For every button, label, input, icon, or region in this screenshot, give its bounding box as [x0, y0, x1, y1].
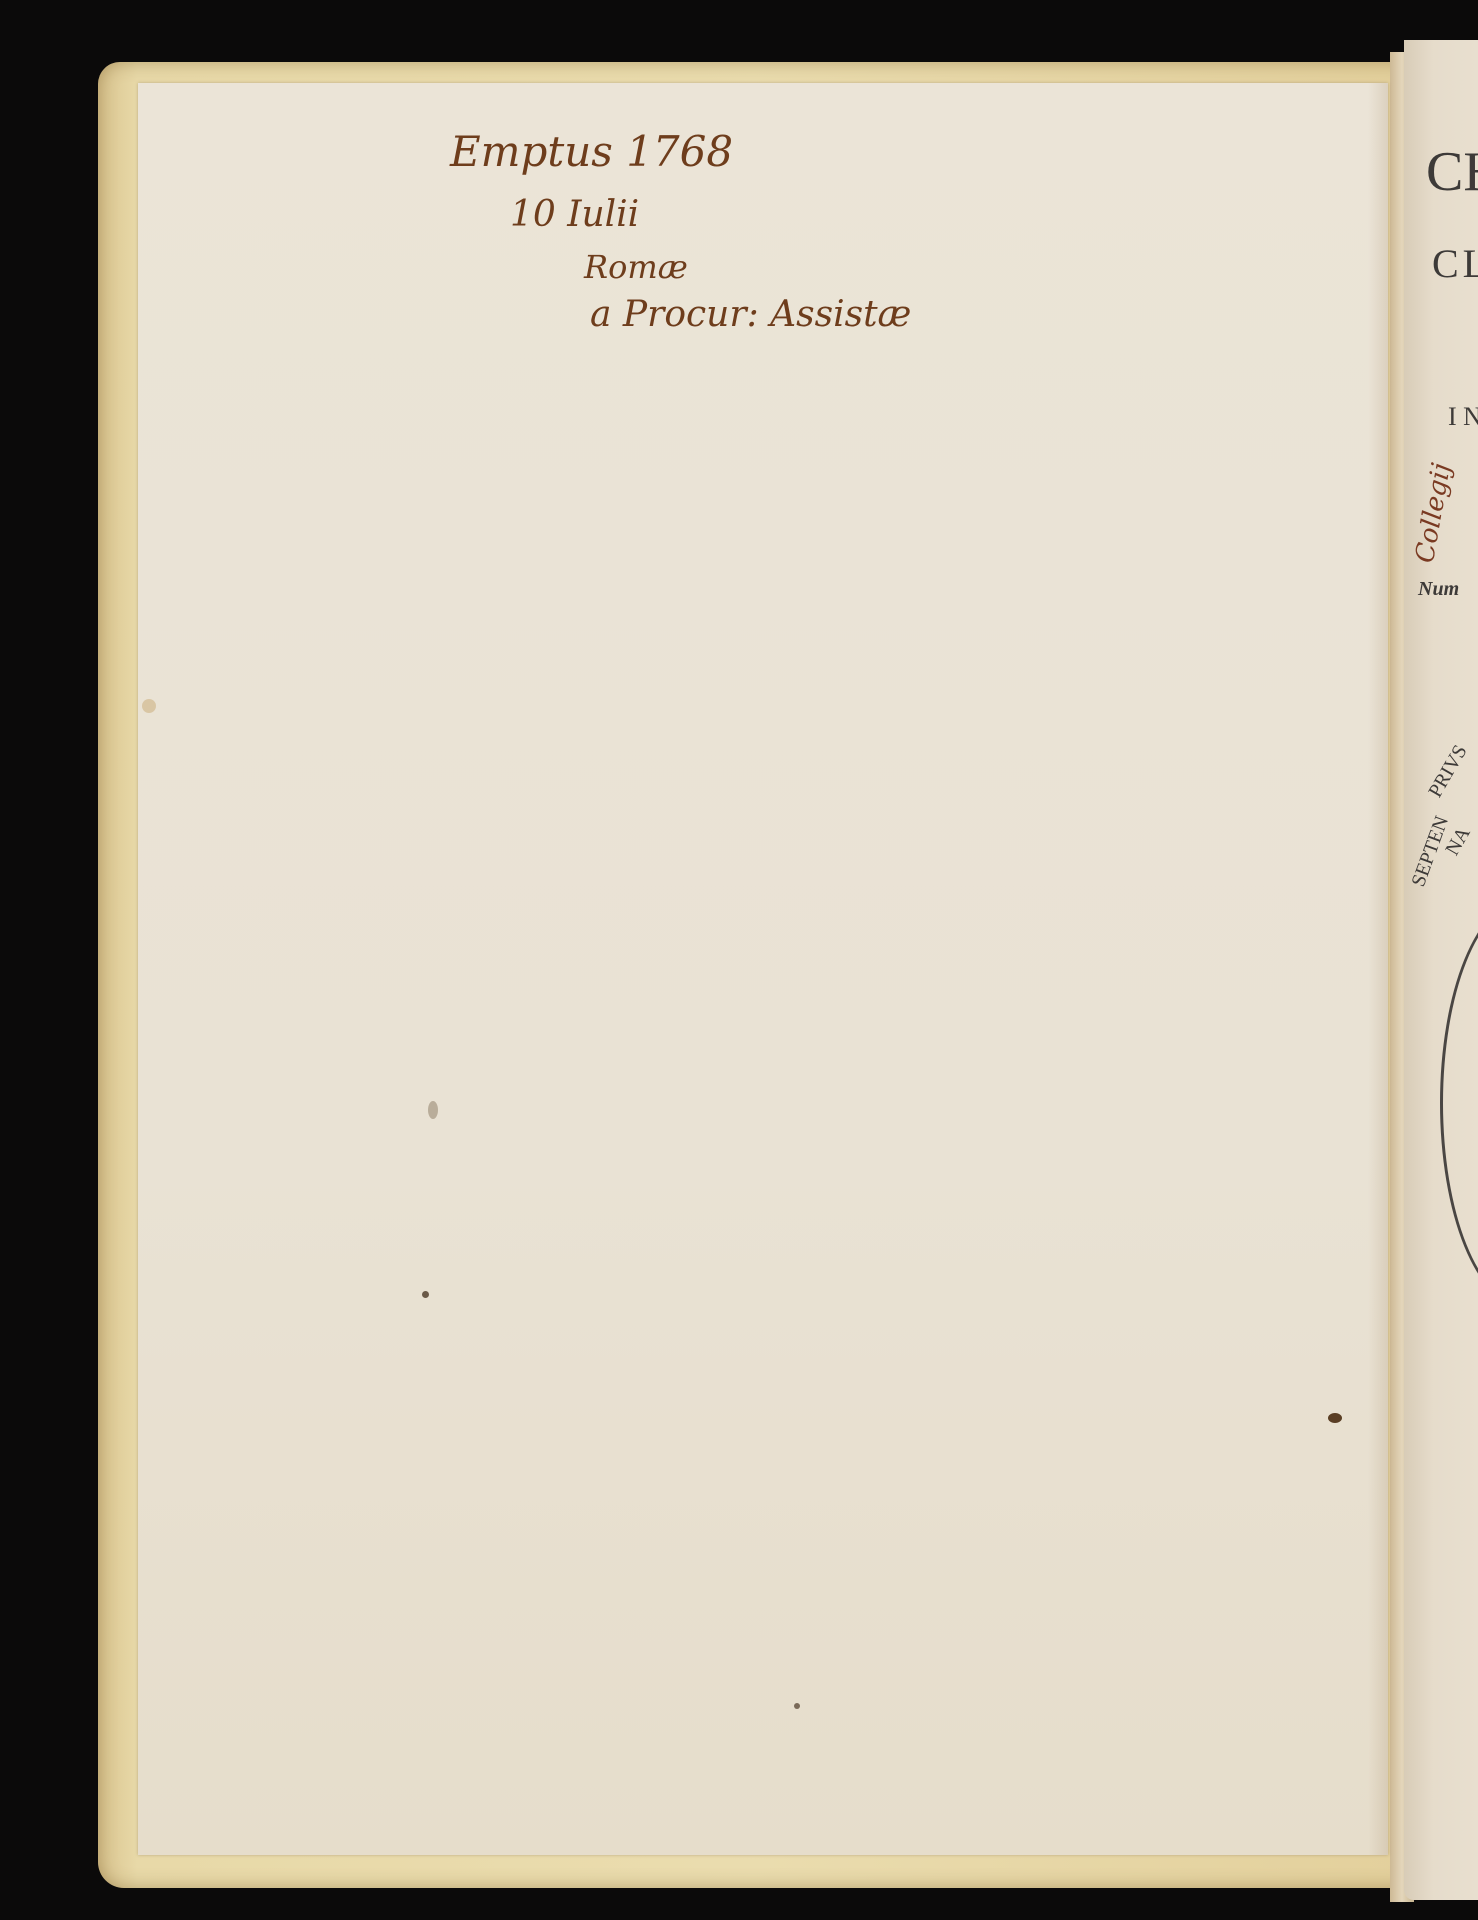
title-line-2: CL	[1432, 240, 1478, 287]
foxing-spot	[142, 699, 156, 713]
title-line-3: I N	[1448, 402, 1478, 432]
endpaper-gutter-shadow	[1368, 83, 1388, 1855]
diagram-label-1: PRIVS	[1424, 741, 1472, 802]
foxing-spot	[428, 1101, 438, 1119]
worm-hole	[1328, 1413, 1342, 1423]
title-line-4: Num	[1418, 578, 1459, 601]
foxing-spot	[794, 1703, 800, 1709]
front-endpaper: Emptus 1768 10 Iulii Romæ a Procur: Assi…	[138, 83, 1388, 1855]
inscription-line-4: a Procur: Assistæ	[590, 297, 911, 333]
ownership-signature: Collegij	[1410, 461, 1457, 565]
title-line-1: CH	[1426, 140, 1478, 204]
foxing-spot	[422, 1291, 429, 1298]
inscription-line-3: Romæ	[584, 251, 688, 283]
inscription-line-1: Emptus 1768	[450, 131, 733, 173]
inscription-line-2: 10 Iulii	[510, 197, 639, 233]
